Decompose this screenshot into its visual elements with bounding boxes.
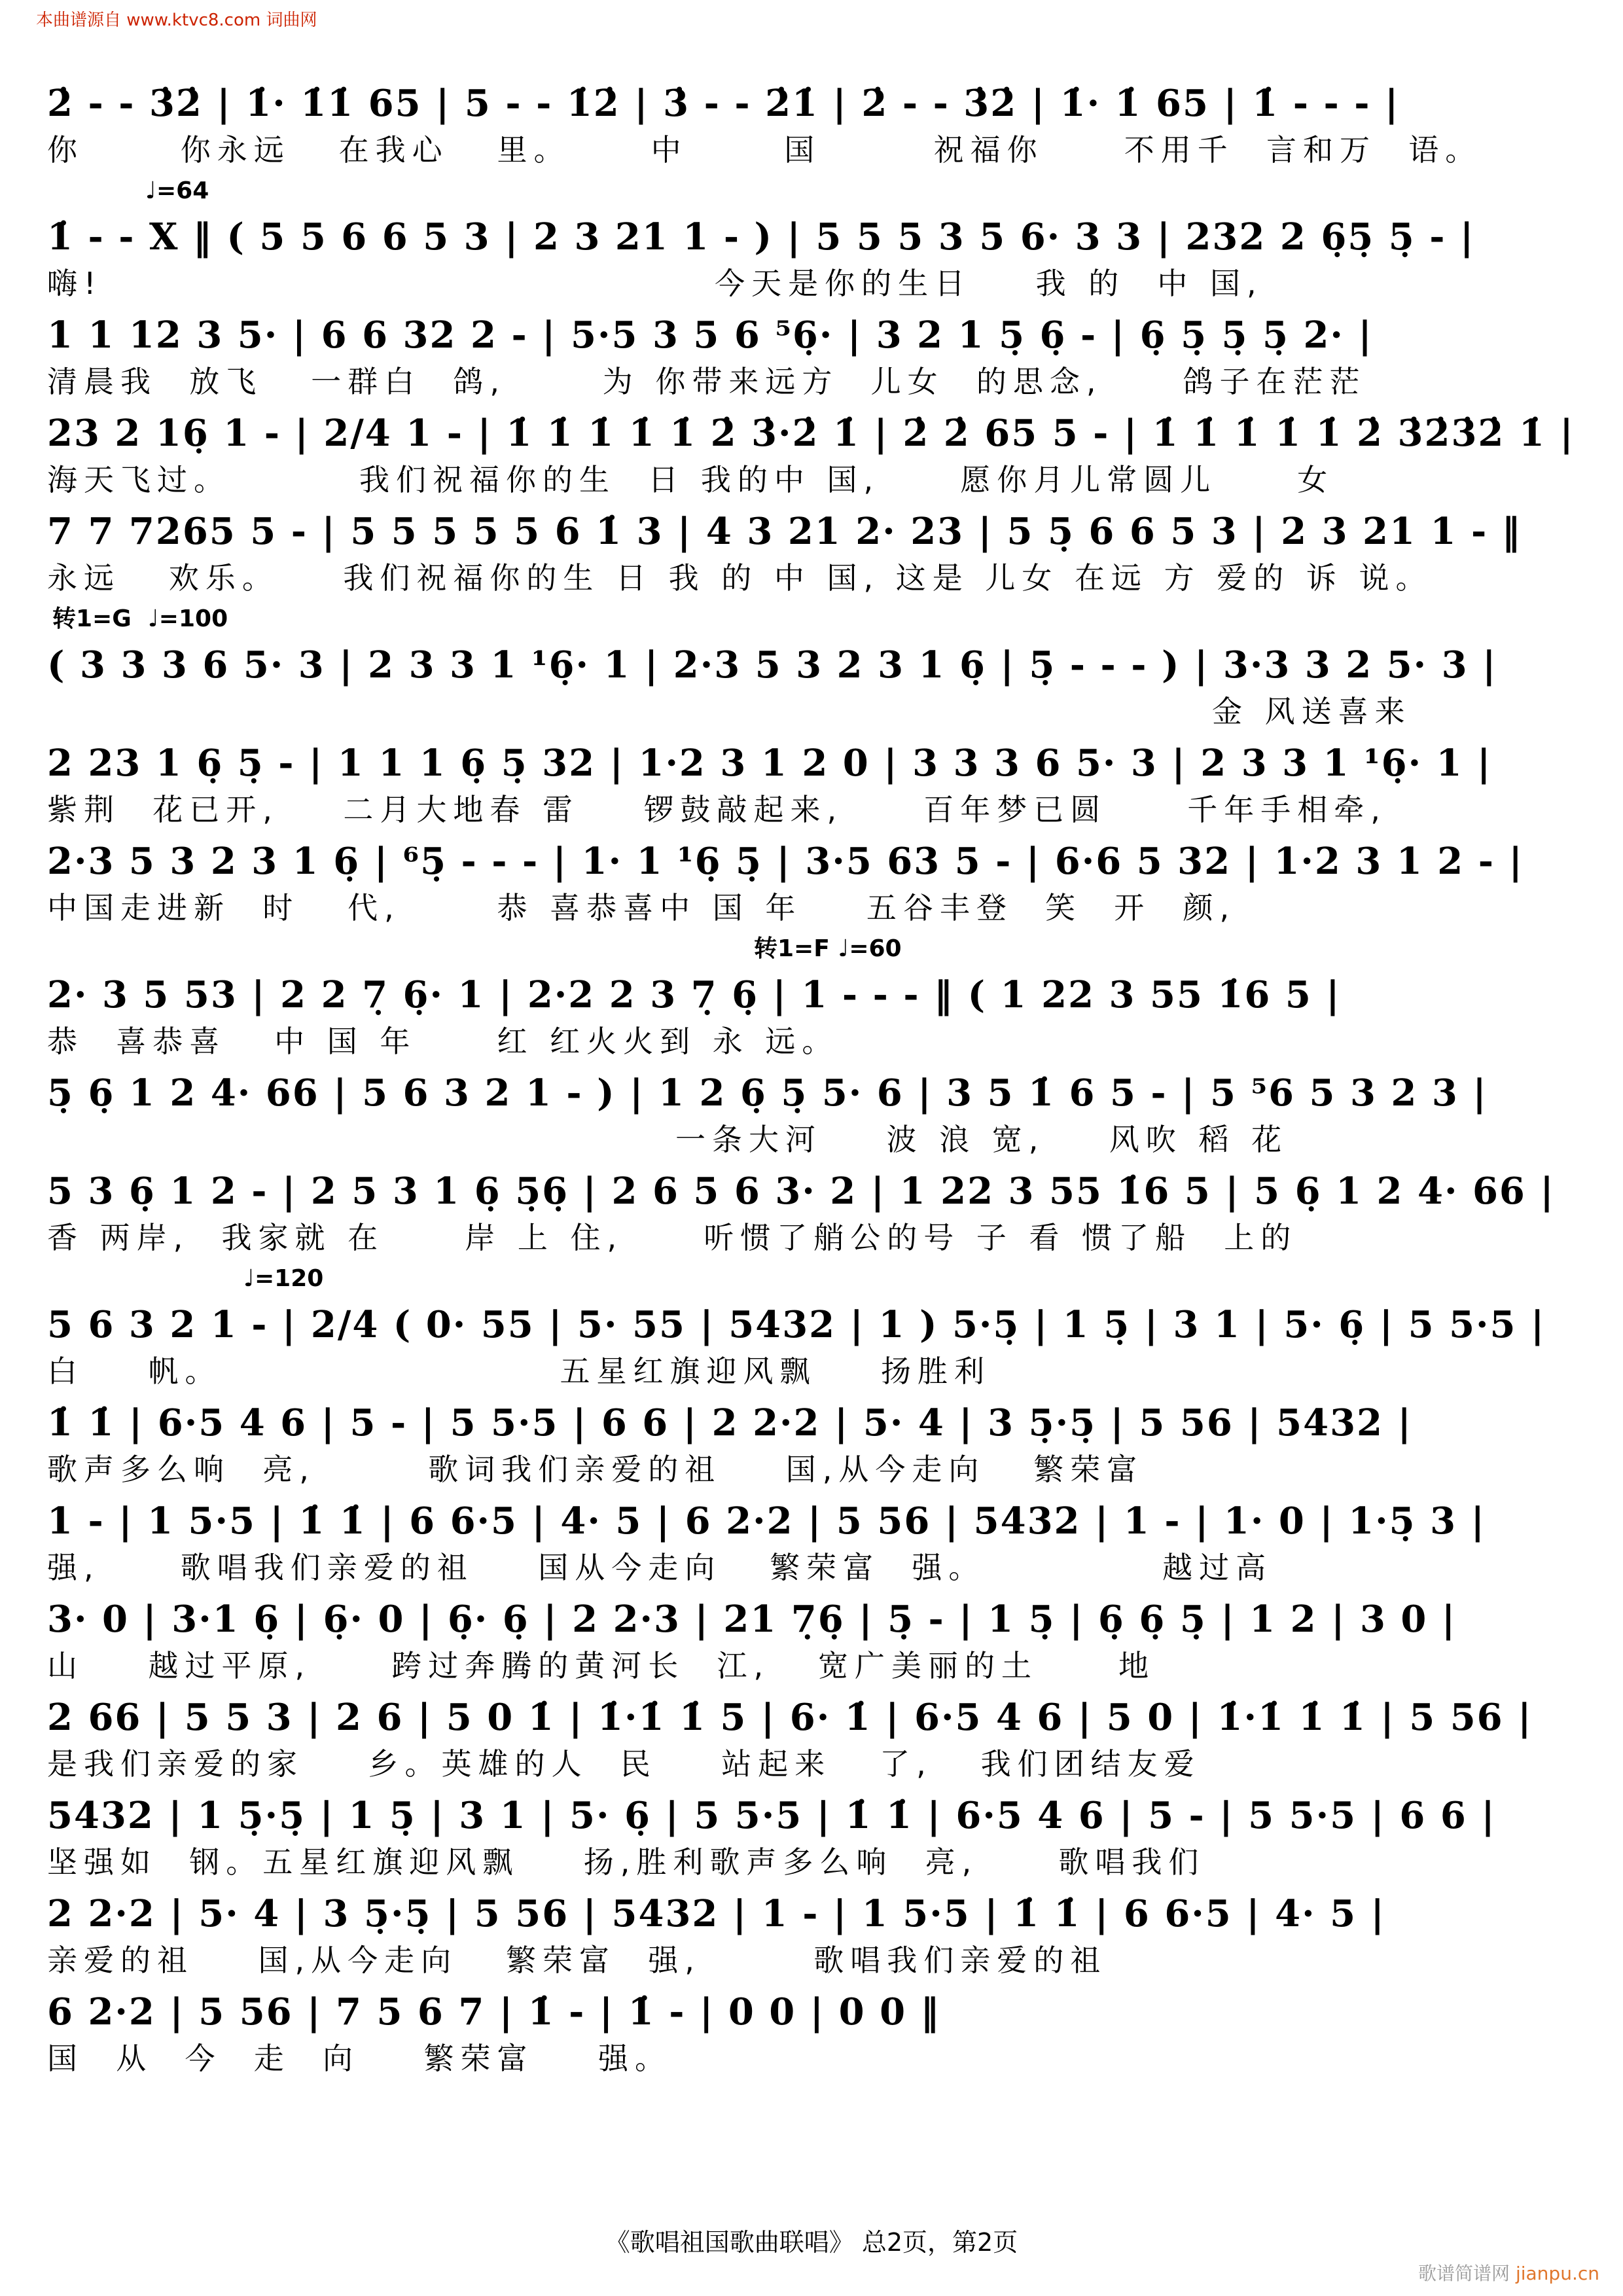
footer-title-page: 《歌唱祖国歌曲联唱》 总2页，第2页 [0,2222,1623,2258]
lyrics-line: 亲爱的祖 国,从今走向 繁荣富 强, 歌唱我们亲爱的祖 [47,1942,1585,1979]
watermark: 歌谱简谱网 jianpu.cn [1418,2259,1599,2286]
lyrics-line: 紫荆 花已开, 二月大地春 雷 锣鼓敲起来, 百年梦已圆 千年手相牵, [47,791,1585,828]
tempo-key-mark: 转1=G ♩=100 [52,601,1585,637]
notation-line: 1̇ 1̇ | 6·5 4 6 | 5 - | 5 5·5 | 6 6 | 2 … [47,1395,1585,1451]
lyrics-line: 是我们亲爱的家 乡。英雄的人 民 站起来 了, 我们团结友爱 [47,1746,1585,1782]
watermark-site-name: 歌谱简谱网 [1418,2263,1510,2284]
notation-line: 5 6 3 2 1 - | 2/4 ( 0· 55 | 5· 55 | 5432… [47,1297,1585,1353]
music-system: 5432 | 1 5̣·5̣ | 1 5̣ | 3 1 | 5· 6̣ | 5 … [47,1787,1585,1880]
music-system: 2·3 5 3 2 3 1 6̣ | ⁶5̣ - - - | 1· 1 ¹6̣ … [47,833,1585,926]
notation-line: 7 7 7265 5 - | 5 5 5 5 5 6 1̇ 3 | 4 3 21… [47,503,1585,560]
lyrics-line: 金 风送喜来 [47,693,1585,730]
lyrics-line: 白 帆。 五星红旗迎风飘 扬胜利 [47,1353,1585,1390]
notation-line: 2 23 1 6̣ 5̣ - | 1 1 1 6̣ 5̣ 32 | 1·2 3 … [47,735,1585,791]
notation-line: 5 3 6̣ 1 2 - | 2 5 3 1 6̣ 5̣6̣ | 2 6 5 6… [47,1163,1585,1219]
lyrics-line: 歌声多么响 亮, 歌词我们亲爱的祖 国,从今走向 繁荣富 [47,1451,1585,1488]
lyrics-line: 山 越过平原, 跨过奔腾的黄河长 江, 宽广美丽的土 地 [47,1647,1585,1684]
lyrics-line: 强, 歌唱我们亲爱的祖 国从今走向 繁荣富 强。 越过高 [47,1549,1585,1586]
notation-line: 2 2·2 | 5· 4 | 3 5̣·5̣ | 5 56 | 5432 | 1… [47,1886,1585,1942]
music-system: ♩=120 5 6 3 2 1 - | 2/4 ( 0· 55 | 5· 55 … [47,1261,1585,1390]
tempo-key-mark: ♩=120 [243,1261,1585,1297]
score-area: 2̇ - - 3̇2̇ | 1̇· 1̇1̇ 65 | 5 - - 1̇2̇ |… [47,75,1585,2082]
watermark-separator [1510,2263,1516,2284]
music-system: 23 2 16̣ 1 - | 2/4 1 - | 1̇ 1̇ 1̇ 1̇ 1̇ … [47,405,1585,498]
notation-line: 23 2 16̣ 1 - | 2/4 1 - | 1̇ 1̇ 1̇ 1̇ 1̇ … [47,405,1585,461]
notation-line: 2̇ - - 3̇2̇ | 1̇· 1̇1̇ 65 | 5 - - 1̇2̇ |… [47,75,1585,132]
notation-line: 1 1 12 3 5· | 6 6 32 2 - | 5·5 3 5 6 ⁵6̣… [47,307,1585,363]
lyrics-line: 国 从 今 走 向 繁荣富 强。 [47,2040,1585,2077]
notation-line: 3· 0 | 3·1 6̣ | 6̣· 0 | 6̣· 6̣ | 2 2·3 |… [47,1591,1585,1647]
sheet-music-page: 本曲谱源自 www.ktvc8.com 词曲网 2̇ - - 3̇2̇ | 1̇… [0,0,1623,2296]
source-attribution: 本曲谱源自 www.ktvc8.com 词曲网 [36,7,317,31]
notation-line: 2·3 5 3 2 3 1 6̣ | ⁶5̣ - - - | 1· 1 ¹6̣ … [47,833,1585,889]
notation-line: 2 66 | 5 5 3 | 2 6 | 5 0 1̇ | 1̇·1̇ 1̇ 5… [47,1689,1585,1746]
lyrics-line: 香 两岸, 我家就 在 岸 上 住, 听惯了艄公的号 子 看 惯了船 上的 [47,1219,1585,1256]
music-system: 1 - | 1 5·5 | 1̇ 1̇ | 6 6·5 | 4· 5 | 6 2… [47,1493,1585,1586]
music-system: 2̇ - - 3̇2̇ | 1̇· 1̇1̇ 65 | 5 - - 1̇2̇ |… [47,75,1585,168]
music-system: 1̇ 1̇ | 6·5 4 6 | 5 - | 5 5·5 | 6 6 | 2 … [47,1395,1585,1488]
notation-line: 2· 3 5 53 | 2 2 7̣ 6̣· 1 | 2·2 2 3 7̣ 6̣… [47,967,1585,1023]
music-system: 转1=F ♩=60 2· 3 5 53 | 2 2 7̣ 6̣· 1 | 2·2… [47,931,1585,1060]
lyrics-line: 恭 喜恭喜 中 国 年 红 红火火到 永 远。 [47,1023,1585,1060]
music-system: 5 3 6̣ 1 2 - | 2 5 3 1 6̣ 5̣6̣ | 2 6 5 6… [47,1163,1585,1256]
lyrics-line: 坚强如 钢。五星红旗迎风飘 扬,胜利歌声多么响 亮, 歌唱我们 [47,1844,1585,1880]
notation-line: 5̣ 6̣ 1 2 4· 66 | 5 6 3 2 1 - ) | 1 2 6̣… [47,1065,1585,1121]
notation-line: 5432 | 1 5̣·5̣ | 1 5̣ | 3 1 | 5· 6̣ | 5 … [47,1787,1585,1844]
music-system: ♩=64 1̇ - - X ‖ ( 5 5 6 6 5 3 | 2 3 21 1… [47,173,1585,302]
notation-line: 1 - | 1 5·5 | 1̇ 1̇ | 6 6·5 | 4· 5 | 6 2… [47,1493,1585,1549]
lyrics-line: 一条大河 波 浪 宽, 风吹 稻 花 [47,1121,1585,1158]
lyrics-line: 永远 欢乐。 我们祝福你的生 日 我 的 中 国, 这是 儿女 在远 方 爱的 … [47,560,1585,596]
music-system: 5̣ 6̣ 1 2 4· 66 | 5 6 3 2 1 - ) | 1 2 6̣… [47,1065,1585,1158]
music-system: 2 2·2 | 5· 4 | 3 5̣·5̣ | 5 56 | 5432 | 1… [47,1886,1585,1979]
notation-line: 6 2·2 | 5 56 | 7 5 6 7 | 1̇ - | 1̇ - | 0… [47,1984,1585,2040]
music-system: 7 7 7265 5 - | 5 5 5 5 5 6 1̇ 3 | 4 3 21… [47,503,1585,596]
music-system: 1 1 12 3 5· | 6 6 32 2 - | 5·5 3 5 6 ⁵6̣… [47,307,1585,400]
music-system: 2 23 1 6̣ 5̣ - | 1 1 1 6̣ 5̣ 32 | 1·2 3 … [47,735,1585,828]
lyrics-line: 中国走进新 时 代, 恭 喜恭喜中 国 年 五谷丰登 笑 开 颜, [47,889,1585,926]
notation-line: ( 3 3 3 6 5· 3 | 2 3 3 1 ¹6̣· 1 | 2·3 5 … [47,637,1585,693]
tempo-key-mark: ♩=64 [145,173,1585,209]
music-system: 2 66 | 5 5 3 | 2 6 | 5 0 1̇ | 1̇·1̇ 1̇ 5… [47,1689,1585,1782]
lyrics-line: 海天飞过。 我们祝福你的生 日 我的中 国, 愿你月儿常圆儿 女 [47,461,1585,498]
tempo-key-mark: 转1=F ♩=60 [754,931,1585,967]
watermark-url: jianpu.cn [1516,2263,1599,2284]
music-system: 3· 0 | 3·1 6̣ | 6̣· 0 | 6̣· 6̣ | 2 2·3 |… [47,1591,1585,1684]
lyrics-line: 清晨我 放飞 一群白 鸽, 为 你带来远方 儿女 的思念, 鸽子在茫茫 [47,363,1585,400]
music-system: 转1=G ♩=100 ( 3 3 3 6 5· 3 | 2 3 3 1 ¹6̣·… [47,601,1585,730]
lyrics-line: 你 你永远 在我心 里。 中 国 祝福你 不用千 言和万 语。 [47,132,1585,168]
notation-line: 1̇ - - X ‖ ( 5 5 6 6 5 3 | 2 3 21 1 - ) … [47,209,1585,265]
lyrics-line: 嗨! 今天是你的生日 我 的 中 国, [47,265,1585,302]
music-system: 6 2·2 | 5 56 | 7 5 6 7 | 1̇ - | 1̇ - | 0… [47,1984,1585,2077]
